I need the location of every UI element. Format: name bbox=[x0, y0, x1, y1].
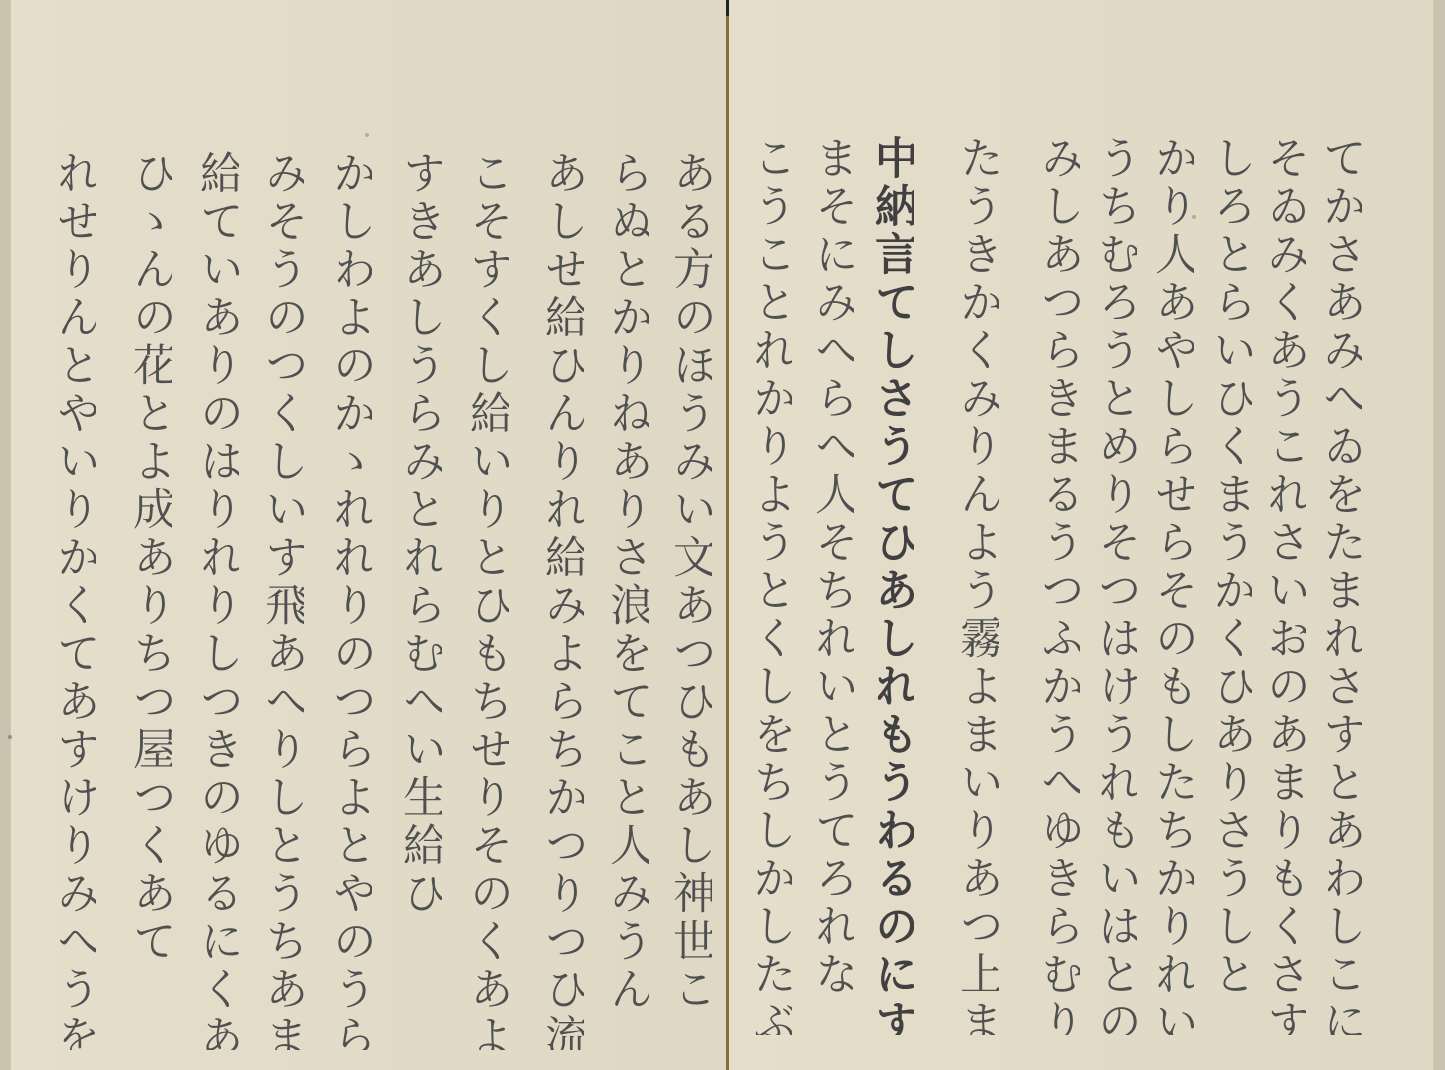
right-column-10: こうことれかりようとくしをちしかしたぶ bbox=[748, 135, 792, 1035]
right-column-7: たうきかくみりんよう霧よまいりあつ上ま bbox=[955, 135, 999, 1035]
left-column-2: らぬとかりねありさ浪をてこと人みうん bbox=[605, 150, 649, 1050]
spine-top-mark bbox=[726, 0, 729, 16]
paper-spot bbox=[1192, 215, 1196, 219]
right-column-8: 中納言てしさうてひあしれもうわるのにすまひ bbox=[870, 135, 914, 1035]
right-column-1: てかさあみへゐをたまれさすとあわしこに bbox=[1318, 135, 1362, 1035]
right-column-9: まそにみへらへ人そちれいとうてろれな bbox=[810, 135, 854, 1035]
right-column-3: しろとらいひくまうかくひありさうしと bbox=[1208, 135, 1252, 1035]
left-column-5: すきあしうらみとれらむへい生給ひ bbox=[398, 150, 442, 1050]
left-column-4: こそすくし給いりとひもちせりそのくあよ bbox=[465, 150, 509, 1050]
left-column-1: ある方のほうみい文あつひもあし神世こ bbox=[668, 150, 712, 1050]
right-column-4: かり人あやしらせらそのもしたちかりれい bbox=[1150, 135, 1194, 1035]
right-column-5: うちむろうとめりそつはけうれもいはとのを bbox=[1093, 135, 1137, 1035]
left-column-3: あしせ給ひんりれ給みよらちかつりつひ流く bbox=[540, 150, 584, 1050]
left-column-6: かしわよのかゝれれりのつらよとやのうられ bbox=[328, 150, 372, 1050]
right-column-2: そゐみくあうこれさいおのあまりもくさす bbox=[1262, 135, 1306, 1035]
right-column-6: みしあつらきまるうつふかうへゆきらむりてを bbox=[1036, 135, 1080, 1035]
left-column-8: 給ていありのはりれりしつきのゆるにくあう bbox=[195, 150, 239, 1050]
book-spine bbox=[726, 0, 729, 1070]
paper-spot bbox=[365, 133, 369, 137]
left-column-9: ひゝんの花とよ成ありちつ屋つくあて bbox=[128, 150, 172, 1050]
paper-spot bbox=[8, 735, 12, 739]
left-column-10: れせりんとやいりかくてあすけりみへうを bbox=[52, 150, 96, 1050]
left-column-7: みそうのつくしいす飛あへりしとうちあまつり bbox=[260, 150, 304, 1050]
